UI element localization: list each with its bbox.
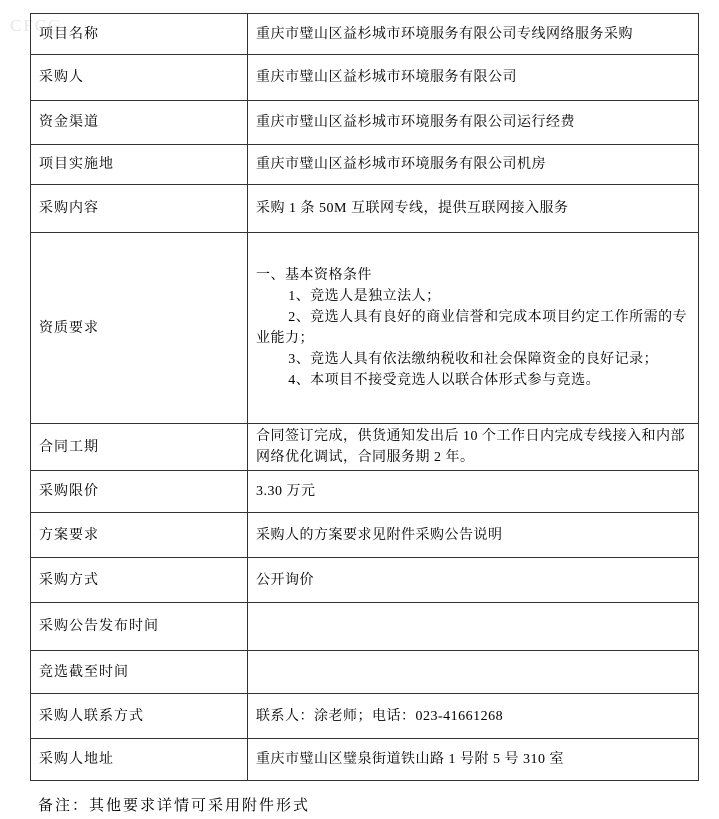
row-value: 3.30 万元	[248, 471, 699, 513]
requirement-line: 3、竞选人具有依法缴纳税收和社会保障资金的良好记录；	[256, 349, 692, 370]
row-label: 采购公告发布时间	[31, 603, 248, 651]
row-value: 一、基本资格条件1、竞选人是独立法人；2、竞选人具有良好的商业信誉和完成本项目约…	[248, 233, 699, 424]
table-row-purchaser-contact: 采购人联系方式 联系人：涂老师；电话：023-41661268	[31, 694, 699, 739]
row-label: 合同工期	[31, 424, 248, 471]
procurement-info-table: 项目名称 重庆市璧山区益杉城市环境服务有限公司专线网络服务采购 采购人 重庆市璧…	[30, 13, 699, 781]
row-value: 联系人：涂老师；电话：023-41661268	[248, 694, 699, 739]
row-label: 采购人联系方式	[31, 694, 248, 739]
row-value: 重庆市璧山区益杉城市环境服务有限公司运行经费	[248, 101, 699, 145]
row-label: 方案要求	[31, 513, 248, 558]
row-label: 竞选截至时间	[31, 651, 248, 694]
row-label: 项目名称	[31, 14, 248, 55]
row-value: 重庆市璧山区璧泉街道铁山路 1 号附 5 号 310 室	[248, 739, 699, 781]
document-page: CFCG 项目名称 重庆市璧山区益杉城市环境服务有限公司专线网络服务采购 采购人…	[0, 0, 719, 819]
table-row-qualification-requirements: 资质要求 一、基本资格条件1、竞选人是独立法人；2、竞选人具有良好的商业信誉和完…	[31, 233, 699, 424]
requirement-line: 1、竞选人是独立法人；	[256, 286, 692, 307]
table-row-procurement-method: 采购方式 公开询价	[31, 558, 699, 603]
table-row-purchaser-address: 采购人地址 重庆市璧山区璧泉街道铁山路 1 号附 5 号 310 室	[31, 739, 699, 781]
table-row-bid-deadline: 竞选截至时间	[31, 651, 699, 694]
row-value: 合同签订完成，供货通知发出后 10 个工作日内完成专线接入和内部网络优化调试，合…	[248, 424, 699, 471]
requirement-line: 一、基本资格条件	[256, 265, 692, 286]
row-value	[248, 603, 699, 651]
table-row-price-limit: 采购限价 3.30 万元	[31, 471, 699, 513]
row-label: 采购限价	[31, 471, 248, 513]
row-label: 资金渠道	[31, 101, 248, 145]
row-label: 采购人地址	[31, 739, 248, 781]
row-value: 采购人的方案要求见附件采购公告说明	[248, 513, 699, 558]
requirement-line: 2、竞选人具有良好的商业信誉和完成本项目约定工作所需的专业能力；	[256, 307, 692, 349]
table-row-announcement-publish-time: 采购公告发布时间	[31, 603, 699, 651]
table-row-project-name: 项目名称 重庆市璧山区益杉城市环境服务有限公司专线网络服务采购	[31, 14, 699, 55]
row-label: 项目实施地	[31, 145, 248, 185]
row-value: 采购 1 条 50M 互联网专线，提供互联网接入服务	[248, 185, 699, 233]
table-body: 项目名称 重庆市璧山区益杉城市环境服务有限公司专线网络服务采购 采购人 重庆市璧…	[31, 14, 699, 781]
table-row-purchaser: 采购人 重庆市璧山区益杉城市环境服务有限公司	[31, 55, 699, 101]
table-row-procurement-content: 采购内容 采购 1 条 50M 互联网专线，提供互联网接入服务	[31, 185, 699, 233]
row-value: 重庆市璧山区益杉城市环境服务有限公司	[248, 55, 699, 101]
row-value: 重庆市璧山区益杉城市环境服务有限公司专线网络服务采购	[248, 14, 699, 55]
row-label: 采购人	[31, 55, 248, 101]
row-label: 采购内容	[31, 185, 248, 233]
remark-note: 备注：其他要求详情可采用附件形式	[38, 794, 310, 815]
table-row-implementation-site: 项目实施地 重庆市璧山区益杉城市环境服务有限公司机房	[31, 145, 699, 185]
row-value: 重庆市璧山区益杉城市环境服务有限公司机房	[248, 145, 699, 185]
table-row-proposal-requirements: 方案要求 采购人的方案要求见附件采购公告说明	[31, 513, 699, 558]
row-value: 公开询价	[248, 558, 699, 603]
table-row-contract-period: 合同工期 合同签订完成，供货通知发出后 10 个工作日内完成专线接入和内部网络优…	[31, 424, 699, 471]
row-label: 采购方式	[31, 558, 248, 603]
row-value	[248, 651, 699, 694]
table-row-funding-channel: 资金渠道 重庆市璧山区益杉城市环境服务有限公司运行经费	[31, 101, 699, 145]
requirement-line: 4、本项目不接受竞选人以联合体形式参与竞选。	[256, 370, 692, 391]
row-label: 资质要求	[31, 233, 248, 424]
